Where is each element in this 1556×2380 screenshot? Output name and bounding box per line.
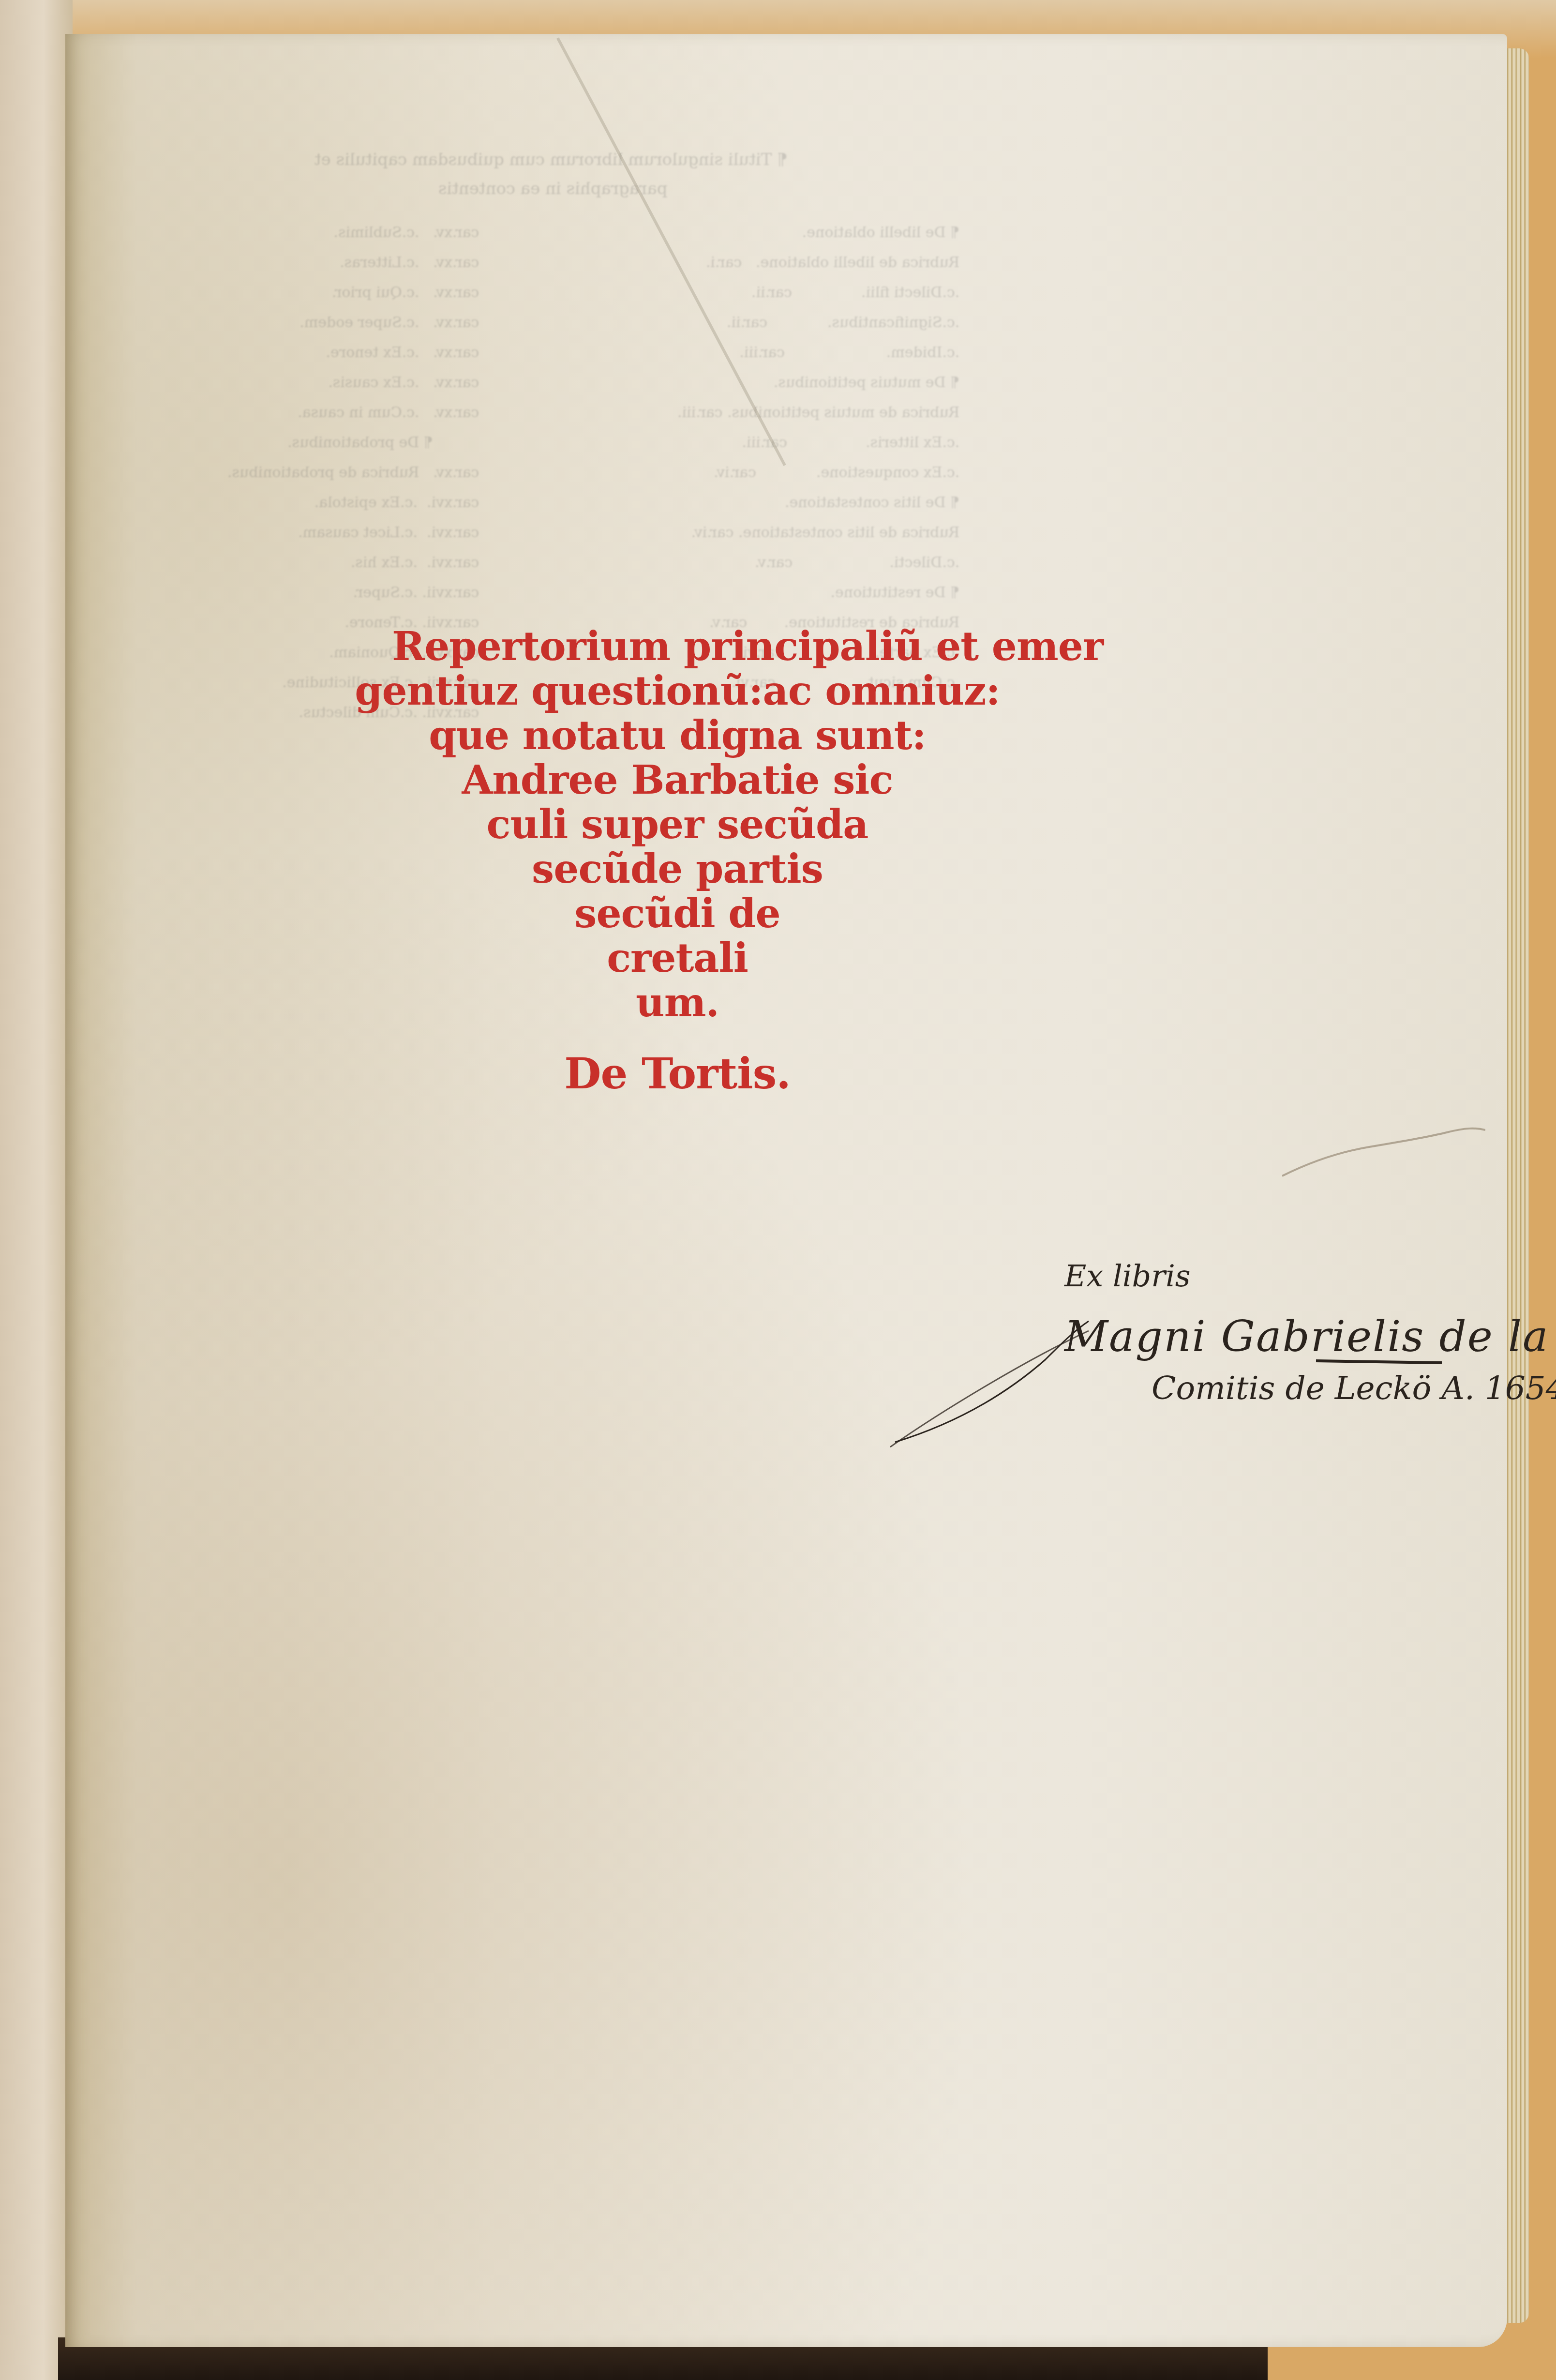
- paper-tear-line: [1282, 1123, 1485, 1181]
- inscription-ex-libris: Ex libris: [1064, 1258, 1191, 1294]
- printer-imprint: De Tortis.: [339, 1049, 1016, 1098]
- title-line-3: que notatu digna sunt:: [339, 713, 1016, 758]
- title-line-7: secũdi de: [339, 891, 1016, 936]
- title-line-9: um.: [339, 980, 1016, 1025]
- title-line-6: secũde partis: [339, 847, 1016, 891]
- title-line-8: cretali: [339, 936, 1016, 980]
- inscription-owner-name: Magni Gabrielis de la Gardie: [1064, 1311, 1556, 1361]
- title-line-2: gentiuz questionũ:ac omniuz:: [339, 669, 1016, 713]
- book-binding-left: [0, 0, 73, 2380]
- inscription-title-date: Comitis de Leckö A. 1654: [1152, 1370, 1556, 1407]
- title-line-5: culi super secũda: [339, 802, 1016, 847]
- ownership-inscription: Ex libris Magni Gabrielis de la Gardie C…: [881, 1249, 1529, 1461]
- showthrough-heading: ¶ Tituli singulorum librorum cum quibusd…: [314, 145, 788, 203]
- title-block: Repertorium principaliũ et emer gentiuz …: [339, 624, 1016, 1098]
- title-line-4: Andree Barbatie sic: [339, 758, 1016, 802]
- title-line-1: Repertorium principaliũ et emer: [339, 624, 1016, 669]
